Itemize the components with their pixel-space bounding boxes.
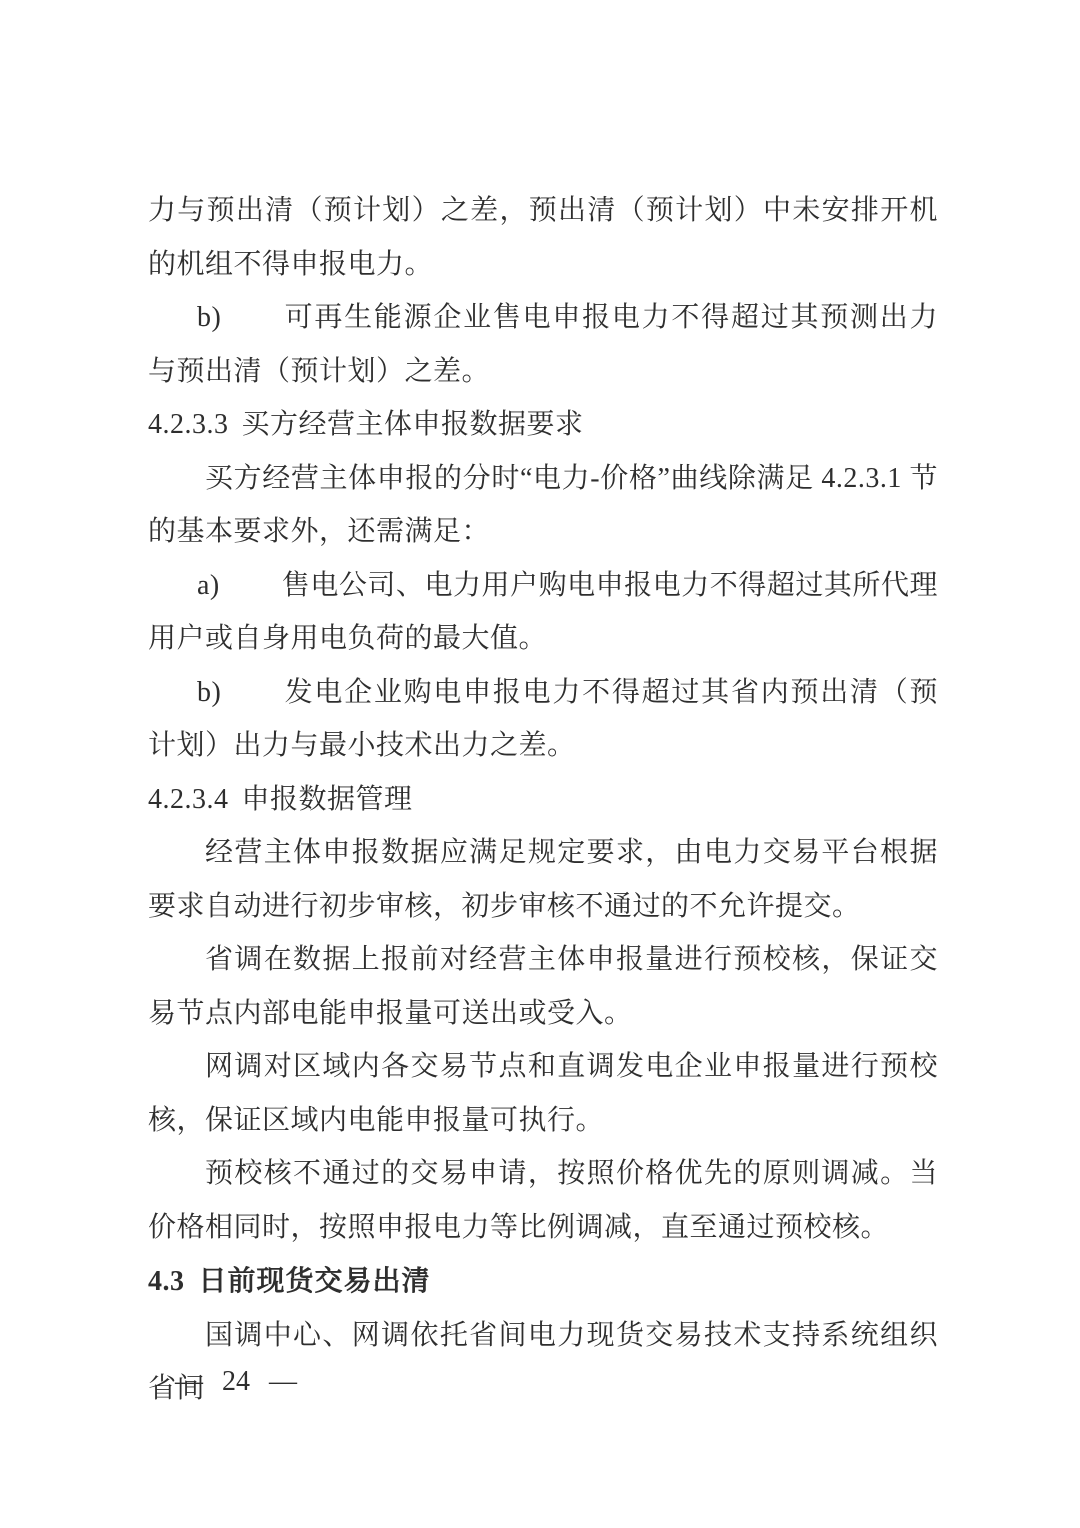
document-body: 力与预出清（预计划）之差，预出清（预计划）中未安排开机的机组不得申报电力。 b)… bbox=[148, 184, 938, 1416]
chapter-title: 日前现货交易出清 bbox=[199, 1265, 431, 1296]
list-item-text: 发电企业购电申报电力不得超过其省内预出清（预计划）出力与最小技术出力之差。 bbox=[148, 677, 938, 762]
section-title: 申报数据管理 bbox=[242, 784, 413, 815]
chapter-number: 4.3 bbox=[148, 1266, 185, 1297]
list-item-b2: b)发电企业购电申报电力不得超过其省内预出清（预计划）出力与最小技术出力之差。 bbox=[148, 666, 938, 773]
paragraph: 预校核不通过的交易申请，按照价格优先的原则调减。当价格相同时，按照申报电力等比例… bbox=[148, 1147, 938, 1254]
section-number: 4.2.3.3 bbox=[148, 409, 229, 440]
section-title: 买方经营主体申报数据要求 bbox=[242, 409, 584, 440]
section-heading-4233: 4.2.3.3买方经营主体申报数据要求 bbox=[148, 398, 938, 452]
list-item-text: 售电公司、电力用户购电申报电力不得超过其所代理用户或自身用电负荷的最大值。 bbox=[148, 570, 938, 655]
section-heading-4234: 4.2.3.4申报数据管理 bbox=[148, 773, 938, 827]
chapter-heading-43: 4.3日前现货交易出清 bbox=[148, 1254, 938, 1309]
list-item-marker: a) bbox=[197, 570, 220, 601]
page-number: — 24 — bbox=[175, 1362, 297, 1402]
list-item-b: b)可再生能源企业售电申报电力不得超过其预测出力与预出清（预计划）之差。 bbox=[148, 291, 938, 398]
paragraph: 经营主体申报数据应满足规定要求，由电力交易平台根据要求自动进行初步审核，初步审核… bbox=[148, 826, 938, 933]
section-number: 4.2.3.4 bbox=[148, 784, 229, 815]
paragraph-continuation: 力与预出清（预计划）之差，预出清（预计划）中未安排开机的机组不得申报电力。 bbox=[148, 184, 938, 291]
paragraph: 买方经营主体申报的分时“电力-价格”曲线除满足 4.2.3.1 节的基本要求外，… bbox=[148, 452, 938, 559]
list-item-marker: b) bbox=[197, 677, 221, 708]
paragraph: 省调在数据上报前对经营主体申报量进行预校核，保证交易节点内部电能申报量可送出或受… bbox=[148, 933, 938, 1040]
list-item-text: 可再生能源企业售电申报电力不得超过其预测出力与预出清（预计划）之差。 bbox=[148, 302, 938, 387]
document-page: 力与预出清（预计划）之差，预出清（预计划）中未安排开机的机组不得申报电力。 b)… bbox=[0, 0, 1080, 1528]
list-item-a: a)售电公司、电力用户购电申报电力不得超过其所代理用户或自身用电负荷的最大值。 bbox=[148, 559, 938, 666]
list-item-marker: b) bbox=[197, 302, 221, 333]
paragraph: 网调对区域内各交易节点和直调发电企业申报量进行预校核，保证区域内电能申报量可执行… bbox=[148, 1040, 938, 1147]
